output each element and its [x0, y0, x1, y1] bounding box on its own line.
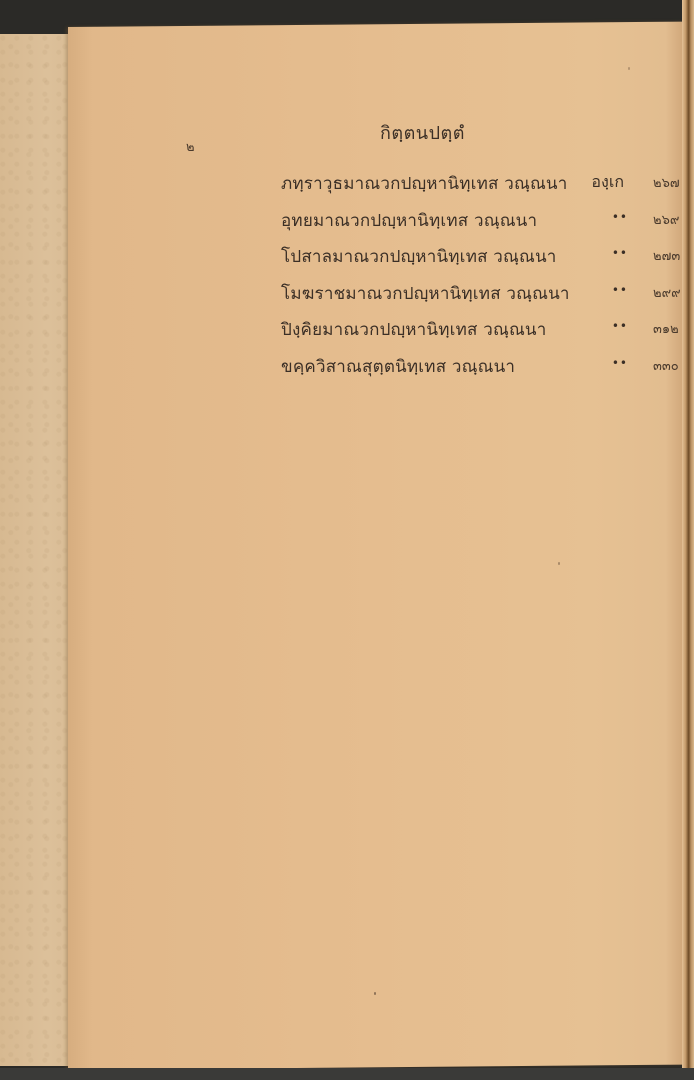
table-of-contents: ภทฺราวุธมาณวกปญฺหานิทฺเทส วณฺณนา องฺเก ๒…	[281, 170, 684, 389]
toc-entry-prefix: องฺเก	[591, 170, 624, 195]
paper-speck	[374, 992, 376, 995]
paper-speck	[558, 562, 560, 565]
toc-entry-ditto-mark: ••	[612, 356, 628, 370]
toc-entry: อุทยมาณวกปญฺหานิทฺเทส วณฺณนา •• ๒๖๙	[281, 207, 684, 244]
toc-entry-title: ภทฺราวุธมาณวกปญฺหานิทฺเทส วณฺณนา	[281, 170, 567, 197]
toc-entry-title: อุทยมาณวกปญฺหานิทฺเทส วณฺณนา	[281, 207, 537, 234]
running-header: กิตฺตนปตฺตํ	[380, 118, 465, 147]
scanned-book-page: ๒ กิตฺตนปตฺตํ ภทฺราวุธมาณวกปญฺหานิทฺเทส …	[0, 0, 694, 1080]
toc-entry-page: ๓๓๐	[653, 355, 679, 376]
toc-entry-page: ๒๙๙	[653, 282, 681, 303]
toc-entry-title: ขคฺควิสาณสุตฺตนิทฺเทส วณฺณนา	[281, 353, 515, 380]
toc-entry-ditto-mark: ••	[612, 210, 628, 224]
toc-entry: ภทฺราวุธมาณวกปญฺหานิทฺเทส วณฺณนา องฺเก ๒…	[281, 170, 684, 207]
toc-entry: โปสาลมาณวกปญฺหานิทฺเทส วณฺณนา •• ๒๗๓	[281, 243, 684, 280]
toc-entry-page: ๒๗๓	[653, 245, 680, 266]
toc-entry-ditto-mark: ••	[612, 246, 628, 260]
paper-speck	[628, 67, 630, 70]
toc-entry-page: ๓๑๒	[653, 318, 679, 339]
toc-entry: โมฆราชมาณวกปญฺหานิทฺเทส วณฺณนา •• ๒๙๙	[281, 280, 684, 317]
book-binding-edge	[682, 0, 694, 1080]
scan-background-edge	[0, 1068, 694, 1080]
toc-entry-page: ๒๖๗	[653, 172, 680, 193]
toc-entry: ขคฺควิสาณสุตฺตนิทฺเทส วณฺณนา •• ๓๓๐	[281, 353, 684, 390]
toc-entry-title: ปิงฺคิยมาณวกปญฺหานิทฺเทส วณฺณนา	[281, 316, 547, 343]
page-number: ๒	[186, 136, 195, 157]
toc-entry-ditto-mark: ••	[612, 319, 628, 333]
toc-entry-title: โปสาลมาณวกปญฺหานิทฺเทส วณฺณนา	[281, 243, 557, 270]
toc-entry-title: โมฆราชมาณวกปญฺหานิทฺเทส วณฺณนา	[281, 280, 570, 307]
toc-entry-ditto-mark: ••	[612, 283, 628, 297]
toc-entry-page: ๒๖๙	[653, 209, 679, 230]
flyleaf-strip	[0, 34, 78, 1066]
toc-entry: ปิงฺคิยมาณวกปญฺหานิทฺเทส วณฺณนา •• ๓๑๒	[281, 316, 684, 353]
